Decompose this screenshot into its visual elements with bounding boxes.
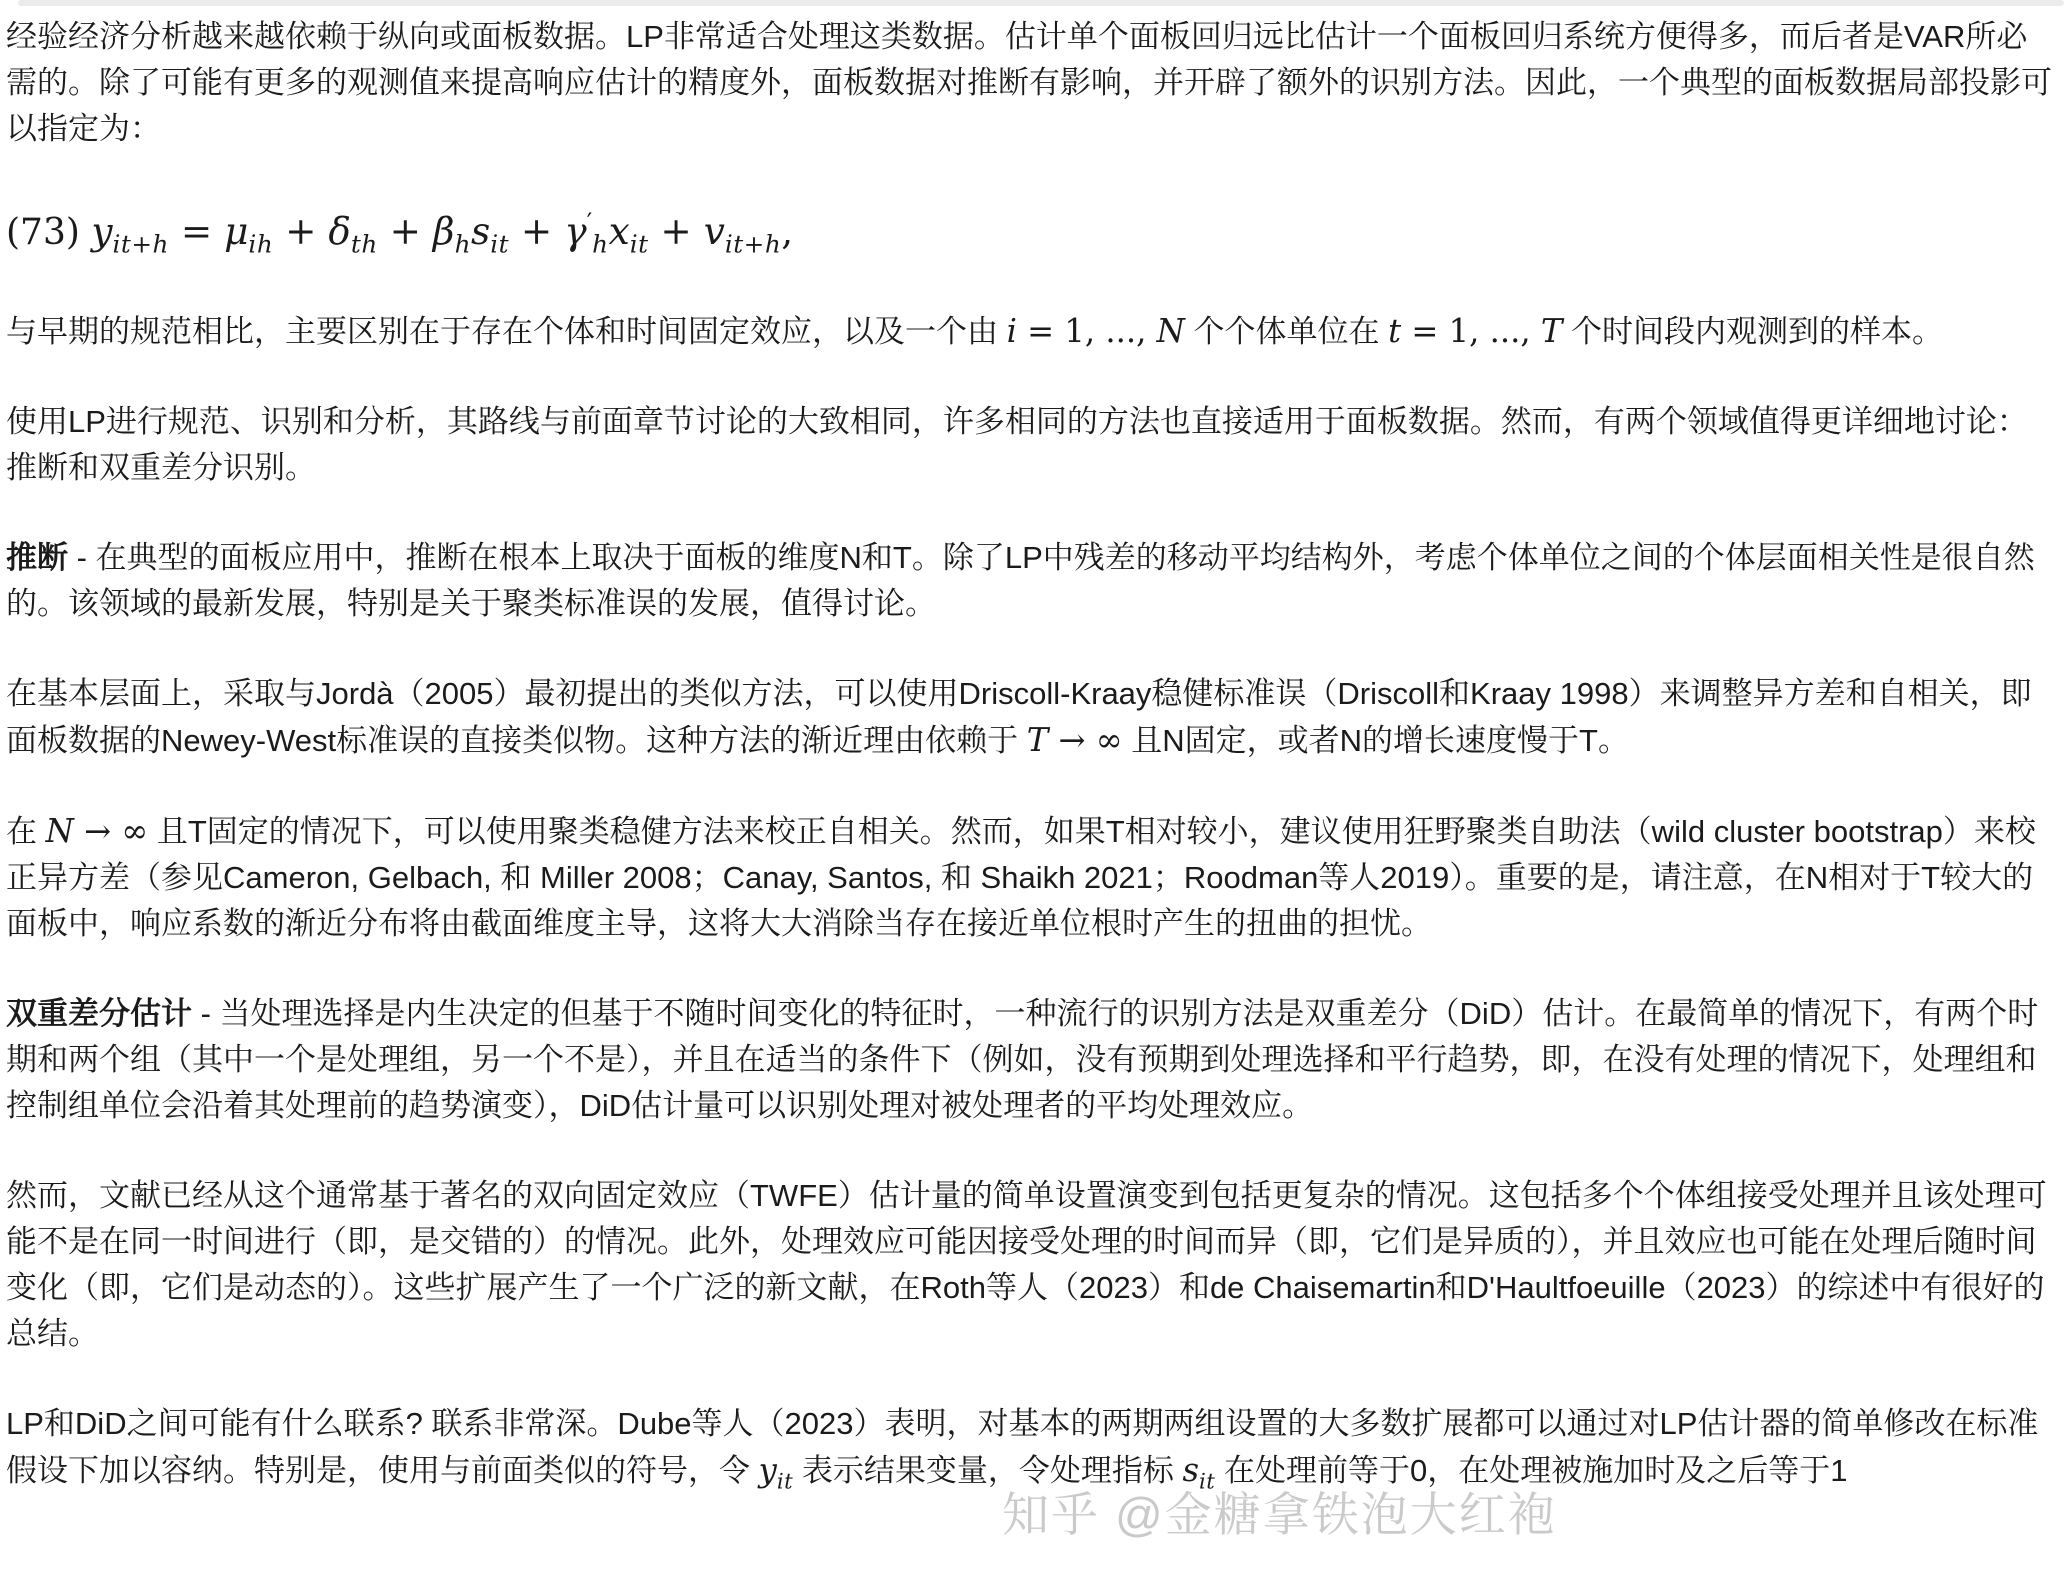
equation-number: (73) bbox=[6, 212, 91, 253]
bold-term: 双重差分估计 bbox=[6, 996, 192, 1031]
paragraph: 双重差分估计 - 当处理选择是内生决定的但基于不随时间变化的特征时，一种流行的识… bbox=[6, 991, 2056, 1129]
inline-math: sit bbox=[1182, 1451, 1215, 1489]
equation: (73) yit+h = μih + δth + βhsit + γ′hxit … bbox=[6, 208, 2056, 256]
paragraph: 在 N → ∞ 且T固定的情况下，可以使用聚类稳健方法来校正自相关。然而，如果T… bbox=[6, 808, 2056, 947]
paragraph: 在基本层面上，采取与Jordà（2005）最初提出的类似方法，可以使用Drisc… bbox=[6, 671, 2056, 764]
paragraph: 经验经济分析越来越依赖于纵向或面板数据。LP非常适合处理这类数据。估计单个面板回… bbox=[6, 14, 2056, 152]
inline-math: N → ∞ bbox=[46, 812, 149, 850]
bold-term: 推断 bbox=[6, 540, 68, 575]
paragraph: 与早期的规范相比，主要区别在于存在个体和时间固定效应，以及一个由 i = 1, … bbox=[6, 308, 2056, 355]
paragraph: 推断 - 在典型的面板应用中，推断在根本上取决于面板的维度N和T。除了LP中残差… bbox=[6, 535, 2056, 627]
inline-math: yit+h = μih + δth + βhsit + γ′hxit + vit… bbox=[91, 209, 793, 253]
inline-math: T → ∞ bbox=[1027, 721, 1123, 759]
paragraph: 然而，文献已经从这个通常基于著名的双向固定效应（TWFE）估计量的简单设置演变到… bbox=[6, 1173, 2056, 1357]
inline-math: yit bbox=[759, 1451, 794, 1489]
inline-math: i = 1, ..., N bbox=[1007, 312, 1185, 350]
inline-math: t = 1, ..., T bbox=[1388, 312, 1562, 350]
paragraph: LP和DiD之间可能有什么联系? 联系非常深。Dube等人（2023）表明，对基… bbox=[6, 1401, 2056, 1494]
article-body: 经验经济分析越来越依赖于纵向或面板数据。LP非常适合处理这类数据。估计单个面板回… bbox=[0, 0, 2064, 1494]
paragraph: 使用LP进行规范、识别和分析，其路线与前面章节讨论的大致相同，许多相同的方法也直… bbox=[6, 399, 2056, 491]
